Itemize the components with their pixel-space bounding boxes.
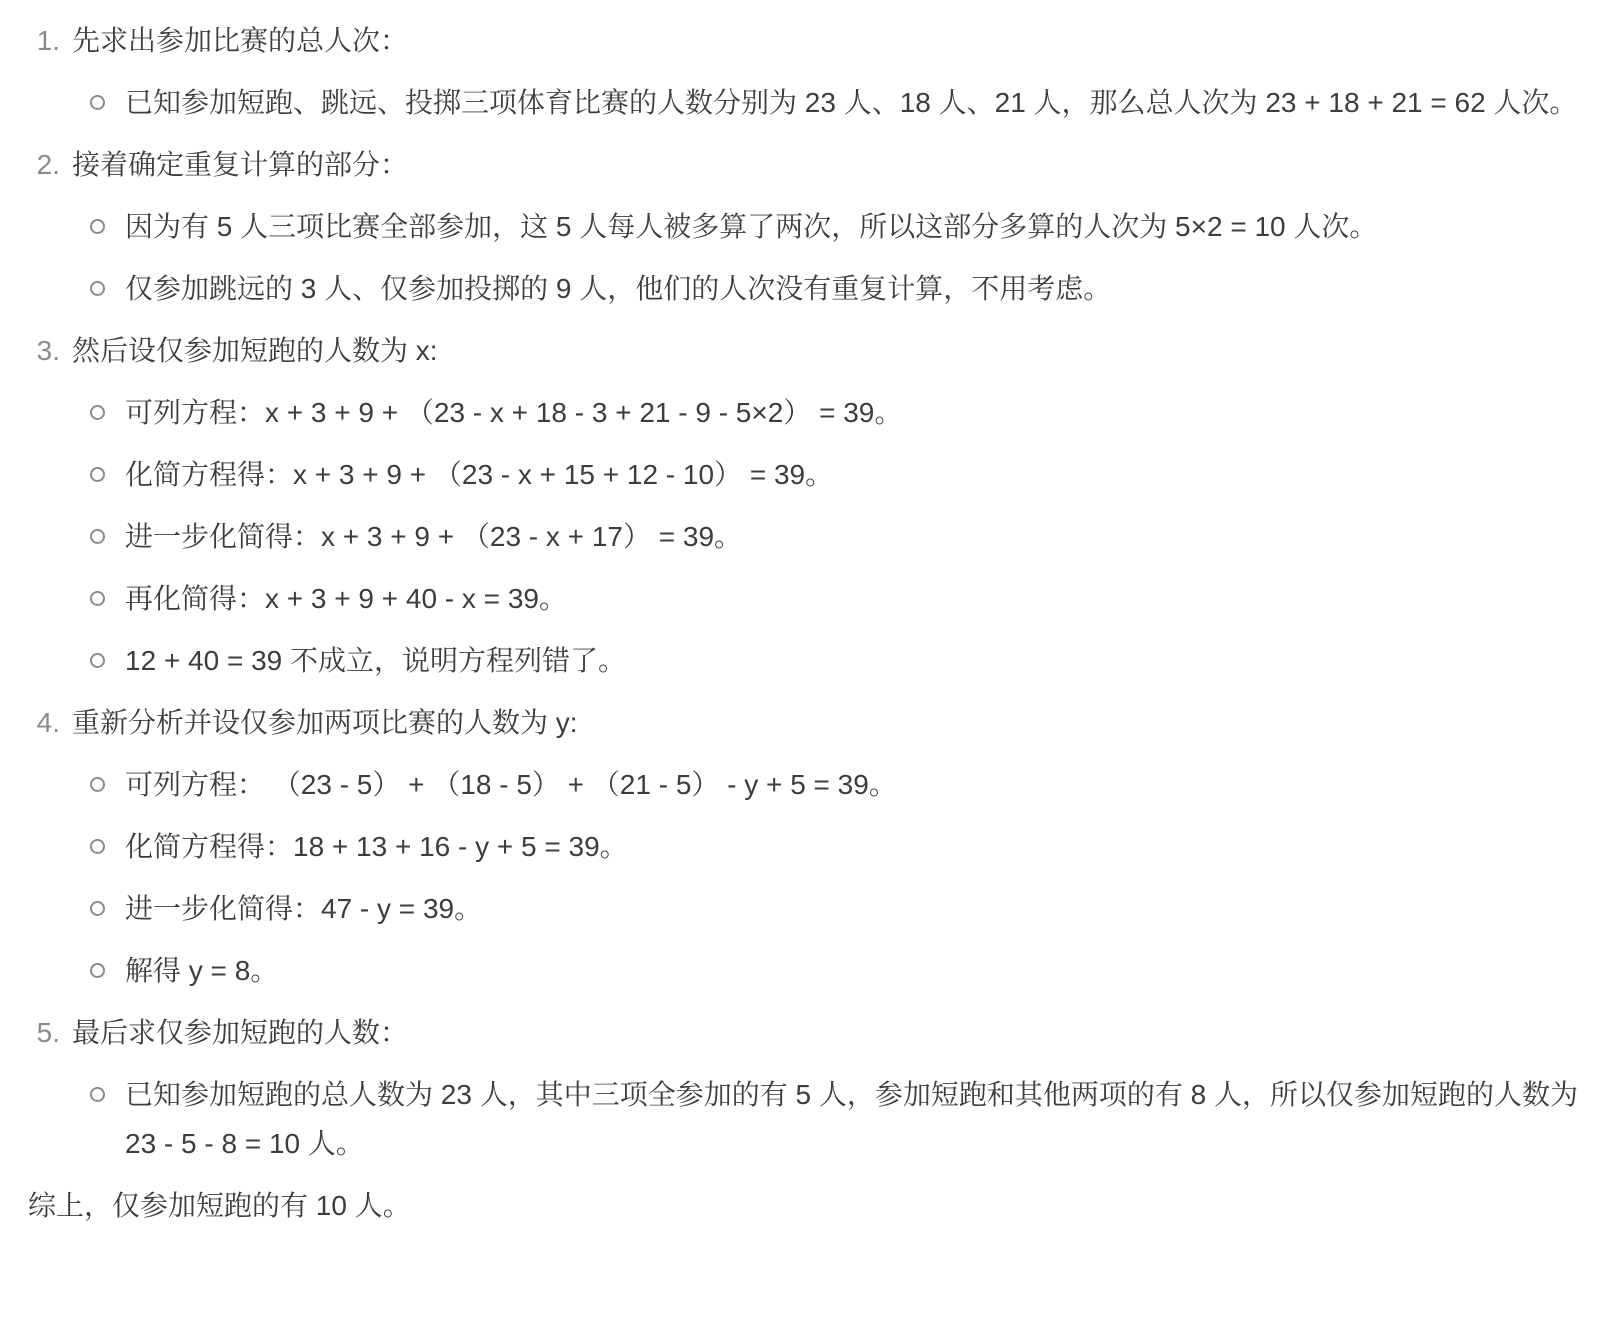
bullet-text: 进一步化简得：47 - y = 39。 [125,893,482,924]
bullet-item: 因为有 5 人三项比赛全部参加，这 5 人每人被多算了两次，所以这部分多算的人次… [72,202,1579,251]
sub-list: 因为有 5 人三项比赛全部参加，这 5 人每人被多算了两次，所以这部分多算的人次… [72,202,1579,313]
bullet-item: 化简方程得：18 + 13 + 16 - y + 5 = 39。 [72,822,1579,871]
bullet-circle-icon [90,839,105,854]
bullet-circle-icon [90,963,105,978]
step-item-1: 1. 先求出参加比赛的总人次： 已知参加短跑、跳远、投掷三项体育比赛的人数分别为… [28,16,1579,127]
bullet-text: 已知参加短跑、跳远、投掷三项体育比赛的人数分别为 23 人、18 人、21 人，… [125,87,1577,118]
bullet-item: 解得 y = 8。 [72,946,1579,995]
step-item-5: 5. 最后求仅参加短跑的人数： 已知参加短跑的总人数为 23 人，其中三项全参加… [28,1008,1579,1168]
bullet-item: 可列方程：x + 3 + 9 + （23 - x + 18 - 3 + 21 -… [72,388,1579,437]
conclusion-text: 综上，仅参加短跑的有 10 人。 [28,1181,1579,1230]
step-number: 4. [28,698,60,747]
bullet-circle-icon [90,653,105,668]
bullet-text: 化简方程得：x + 3 + 9 + （23 - x + 15 + 12 - 10… [125,459,833,490]
bullet-item: 可列方程： （23 - 5） + （18 - 5） + （21 - 5） - y… [72,760,1579,809]
bullet-item: 仅参加跳远的 3 人、仅参加投掷的 9 人，他们的人次没有重复计算，不用考虑。 [72,264,1579,313]
sub-list: 已知参加短跑、跳远、投掷三项体育比赛的人数分别为 23 人、18 人、21 人，… [72,78,1579,127]
bullet-text: 再化简得：x + 3 + 9 + 40 - x = 39。 [125,583,567,614]
bullet-item: 进一步化简得：47 - y = 39。 [72,884,1579,933]
step-title: 接着确定重复计算的部分： [72,140,1579,189]
bullet-circle-icon [90,901,105,916]
step-item-3: 3. 然后设仅参加短跑的人数为 x: 可列方程：x + 3 + 9 + （23 … [28,326,1579,685]
step-title: 重新分析并设仅参加两项比赛的人数为 y: [72,698,1579,747]
bullet-item: 已知参加短跑的总人数为 23 人，其中三项全参加的有 5 人，参加短跑和其他两项… [72,1070,1579,1168]
bullet-item: 已知参加短跑、跳远、投掷三项体育比赛的人数分别为 23 人、18 人、21 人，… [72,78,1579,127]
bullet-circle-icon [90,219,105,234]
bullet-item: 12 + 40 = 39 不成立，说明方程列错了。 [72,636,1579,685]
bullet-circle-icon [90,281,105,296]
bullet-circle-icon [90,467,105,482]
bullet-circle-icon [90,1087,105,1102]
bullet-text: 已知参加短跑的总人数为 23 人，其中三项全参加的有 5 人，参加短跑和其他两项… [125,1079,1578,1159]
step-number: 5. [28,1008,60,1057]
bullet-text: 解得 y = 8。 [125,955,278,986]
step-title: 先求出参加比赛的总人次： [72,16,1579,65]
bullet-circle-icon [90,529,105,544]
sub-list: 已知参加短跑的总人数为 23 人，其中三项全参加的有 5 人，参加短跑和其他两项… [72,1070,1579,1168]
bullet-text: 化简方程得：18 + 13 + 16 - y + 5 = 39。 [125,831,628,862]
bullet-text: 可列方程： （23 - 5） + （18 - 5） + （21 - 5） - y… [125,769,897,800]
ordered-list: 1. 先求出参加比赛的总人次： 已知参加短跑、跳远、投掷三项体育比赛的人数分别为… [28,16,1579,1168]
sub-list: 可列方程：x + 3 + 9 + （23 - x + 18 - 3 + 21 -… [72,388,1579,685]
bullet-text: 因为有 5 人三项比赛全部参加，这 5 人每人被多算了两次，所以这部分多算的人次… [125,211,1377,242]
step-number: 1. [28,16,60,65]
step-number: 2. [28,140,60,189]
bullet-circle-icon [90,405,105,420]
bullet-item: 化简方程得：x + 3 + 9 + （23 - x + 15 + 12 - 10… [72,450,1579,499]
bullet-text: 12 + 40 = 39 不成立，说明方程列错了。 [125,645,626,676]
bullet-text: 仅参加跳远的 3 人、仅参加投掷的 9 人，他们的人次没有重复计算，不用考虑。 [125,273,1111,304]
sub-list: 可列方程： （23 - 5） + （18 - 5） + （21 - 5） - y… [72,760,1579,995]
bullet-circle-icon [90,777,105,792]
step-title: 最后求仅参加短跑的人数： [72,1008,1579,1057]
bullet-circle-icon [90,591,105,606]
bullet-text: 可列方程：x + 3 + 9 + （23 - x + 18 - 3 + 21 -… [125,397,902,428]
step-item-4: 4. 重新分析并设仅参加两项比赛的人数为 y: 可列方程： （23 - 5） +… [28,698,1579,995]
bullet-text: 进一步化简得：x + 3 + 9 + （23 - x + 17） = 39。 [125,521,742,552]
bullet-circle-icon [90,95,105,110]
bullet-item: 再化简得：x + 3 + 9 + 40 - x = 39。 [72,574,1579,623]
bullet-item: 进一步化简得：x + 3 + 9 + （23 - x + 17） = 39。 [72,512,1579,561]
step-title: 然后设仅参加短跑的人数为 x: [72,326,1579,375]
step-item-2: 2. 接着确定重复计算的部分： 因为有 5 人三项比赛全部参加，这 5 人每人被… [28,140,1579,313]
step-number: 3. [28,326,60,375]
solution-document: 1. 先求出参加比赛的总人次： 已知参加短跑、跳远、投掷三项体育比赛的人数分别为… [0,0,1607,1329]
